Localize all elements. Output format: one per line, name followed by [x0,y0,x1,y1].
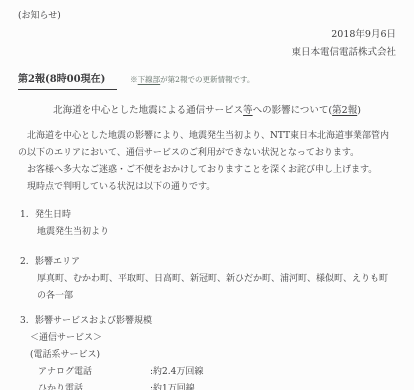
update-note: ※下線部が第2報での更新情報です。 [130,75,254,84]
update-note-underlined: 下線部 [138,75,161,84]
intro-paragraph-3: 現時点で判明している状況は以下の通りです。 [18,179,396,196]
title-part-1: 北海道を中心とした地震による通信サービス [53,105,243,116]
section-2-title: 2.影響エリア [20,254,396,271]
section-3-heading: 影響サービスおよび影響規模 [35,316,152,326]
service-name-analog: アナログ電話 [38,364,150,381]
report-number-label: 第2報(8時00現在) [18,71,117,90]
intro-paragraph-1: 北海道を中心とした地震の影響により、地震発生当初より、NTT東日本北海道事業部管… [18,128,396,162]
company-name: 東日本電信電話株式会社 [18,44,396,62]
title-part-2: への影響について( [253,105,333,116]
section-3-number: 3. [20,313,35,330]
title-part-3: ) [357,105,361,116]
section-2-number: 2. [20,254,35,271]
update-note-rest: が第2報での更新情報です。 [160,75,254,84]
section-1-body: 地震発生当初より [37,224,396,241]
service-name-hikari: ひかり電話 [38,381,150,390]
section-1-heading: 発生日時 [35,210,71,220]
header-right-block: 2018年9月6日 東日本電信電話株式会社 [18,26,396,62]
title-underlined-1: 等 [243,105,253,116]
service-group-telephone: (電話系サービス) [30,347,396,364]
section-2-body: 厚真町、むかわ町、平取町、日高町、新冠町、新ひだか町、浦河町、様似町、えりも町の… [37,271,396,305]
section-affected-area: 2.影響エリア 厚真町、むかわ町、平取町、日高町、新冠町、新ひだか町、浦河町、様… [18,254,396,305]
section-1-number: 1. [20,207,35,224]
document-page: (お知らせ) 2018年9月6日 東日本電信電話株式会社 第2報(8時00現在)… [0,0,414,390]
service-value-hikari: :約1万回線 [150,384,195,390]
service-group-communication: ＜通信サービス＞ [30,330,396,347]
notice-label: (お知らせ) [18,10,396,23]
service-value-analog: :約2.4万回線 [150,367,203,377]
service-row-analog: アナログ電話:約2.4万回線 [38,364,396,381]
title-underlined-2: 第2報 [332,105,357,116]
section-affected-services: 3.影響サービスおよび影響規模 ＜通信サービス＞ (電話系サービス) アナログ電… [18,313,396,390]
document-date: 2018年9月6日 [18,26,396,44]
report-line: 第2報(8時00現在) ※下線部が第2報での更新情報です。 [18,71,396,90]
intro-block: 北海道を中心とした地震の影響により、地震発生当初より、NTT東日本北海道事業部管… [18,128,396,196]
intro-paragraph-2: お客様へ多大なご迷惑・ご不便をおかけしておりますことを深くお詫び申し上げます。 [18,162,396,179]
section-3-title: 3.影響サービスおよび影響規模 [20,313,396,330]
update-note-mark: ※ [130,75,138,84]
service-row-hikari: ひかり電話:約1万回線 [38,381,396,390]
section-1-title: 1.発生日時 [20,207,396,224]
section-occurrence-time: 1.発生日時 地震発生当初より [18,207,396,241]
document-title: 北海道を中心とした地震による通信サービス等への影響について(第2報) [18,103,396,118]
section-2-heading: 影響エリア [35,257,80,267]
